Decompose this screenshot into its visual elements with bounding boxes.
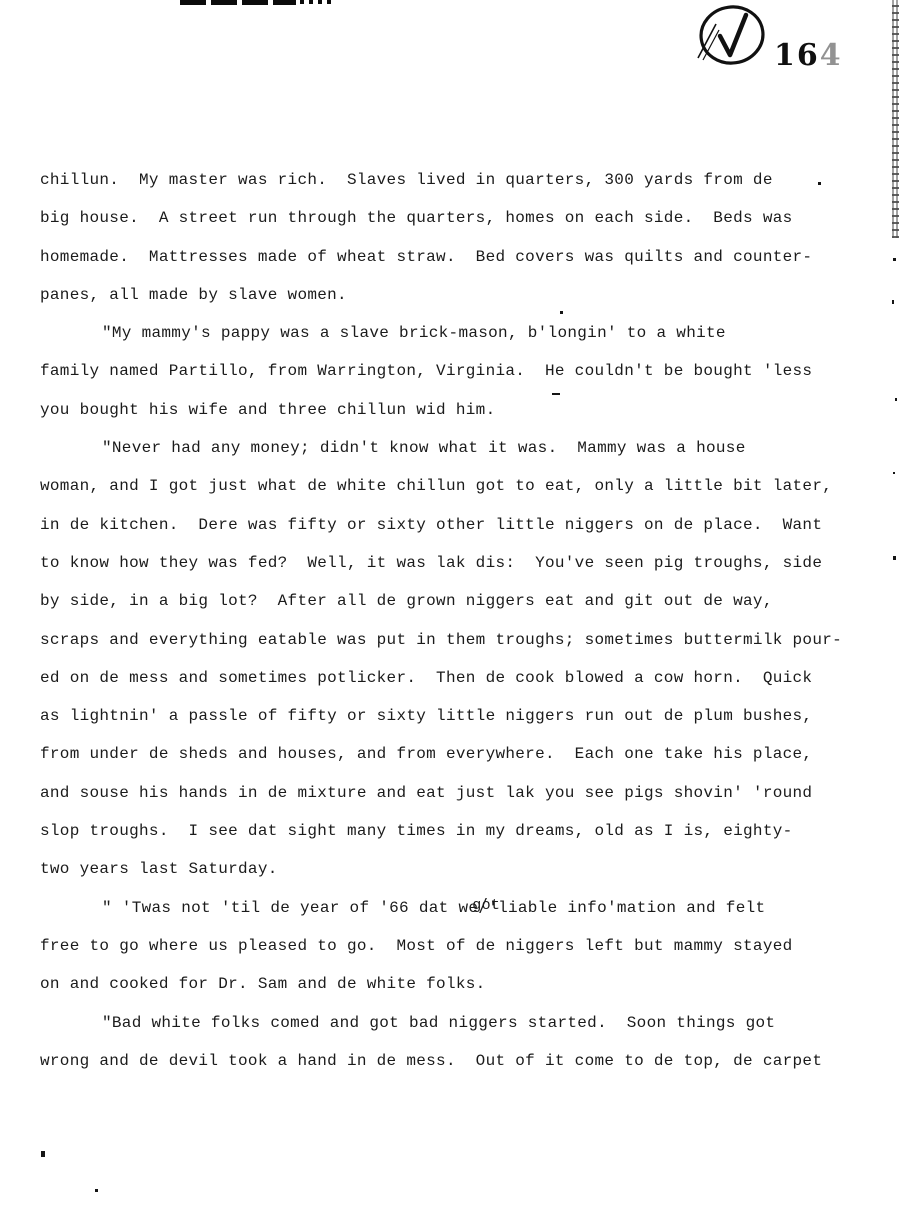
text-line: by side, in a big lot? After all de grow… bbox=[40, 582, 870, 620]
text-line: "My mammy's pappy was a slave brick-maso… bbox=[40, 314, 870, 352]
text-line: on and cooked for Dr. Sam and de white f… bbox=[40, 965, 870, 1003]
scan-artifact-dot bbox=[893, 472, 895, 474]
scan-artifact-top-dash bbox=[180, 0, 296, 5]
scan-artifact-dot bbox=[893, 556, 896, 560]
text-line: you bought his wife and three chillun wi… bbox=[40, 391, 870, 429]
paragraph: " 'Twas not 'til de year of '66 dat wego… bbox=[40, 889, 870, 1004]
text-line: in de kitchen. Dere was fifty or sixty o… bbox=[40, 506, 870, 544]
scan-artifact-dot bbox=[893, 258, 896, 261]
scan-artifact-dot bbox=[892, 300, 894, 304]
scan-artifact-dot bbox=[895, 398, 897, 401]
text-line: two years last Saturday. bbox=[40, 850, 870, 888]
paragraph: chillun. My master was rich. Slaves live… bbox=[40, 161, 870, 314]
page-number: 164 bbox=[774, 38, 843, 73]
text-line: scraps and everything eatable was put in… bbox=[40, 621, 870, 659]
text-line: woman, and I got just what de white chil… bbox=[40, 467, 870, 505]
line-suffix: 'liable info'mation and felt bbox=[488, 899, 765, 917]
text-line: from under de sheds and houses, and from… bbox=[40, 735, 870, 773]
text-line: panes, all made by slave women. bbox=[40, 276, 870, 314]
text-line: homemade. Mattresses made of wheat straw… bbox=[40, 238, 870, 276]
text-line: slop troughs. I see dat sight many times… bbox=[40, 812, 870, 850]
line-prefix: " 'Twas not 'til de year of '66 dat we bbox=[102, 899, 478, 917]
scan-artifact-top-dots bbox=[300, 0, 334, 4]
circled-checkmark-icon bbox=[690, 2, 768, 72]
scan-artifact-speck bbox=[95, 1189, 98, 1192]
text-line: chillun. My master was rich. Slaves live… bbox=[40, 161, 870, 199]
page-number-main: 16 bbox=[774, 38, 820, 73]
text-line: family named Partillo, from Warrington, … bbox=[40, 352, 870, 390]
text-line: ed on de mess and sometimes potlicker. T… bbox=[40, 659, 870, 697]
text-line: wrong and de devil took a hand in de mes… bbox=[40, 1042, 870, 1080]
text-line: as lightnin' a passle of fifty or sixty … bbox=[40, 697, 870, 735]
scan-artifact-edge-noise bbox=[892, 0, 899, 238]
text-line-with-insertion: " 'Twas not 'til de year of '66 dat wego… bbox=[40, 889, 870, 927]
text-line: "Bad white folks comed and got bad nigge… bbox=[40, 1004, 870, 1042]
scanned-document-page: { "document": { "page_number_main": "16"… bbox=[0, 0, 900, 1217]
text-line: and souse his hands in de mixture and ea… bbox=[40, 774, 870, 812]
text-line: free to go where us pleased to go. Most … bbox=[40, 927, 870, 965]
paragraph: "My mammy's pappy was a slave brick-maso… bbox=[40, 314, 870, 429]
text-line: to know how they was fed? Well, it was l… bbox=[40, 544, 870, 582]
text-line: "Never had any money; didn't know what i… bbox=[40, 429, 870, 467]
caret-slash: / bbox=[478, 884, 488, 932]
paragraph: "Bad white folks comed and got bad nigge… bbox=[40, 1004, 870, 1081]
paragraph: "Never had any money; didn't know what i… bbox=[40, 429, 870, 889]
page-number-faded-digit: 4 bbox=[820, 38, 843, 73]
scan-artifact-speck bbox=[41, 1151, 45, 1157]
document-body: chillun. My master was rich. Slaves live… bbox=[40, 161, 870, 1080]
insertion-mark: got/ bbox=[478, 889, 488, 927]
text-line: big house. A street run through the quar… bbox=[40, 199, 870, 237]
